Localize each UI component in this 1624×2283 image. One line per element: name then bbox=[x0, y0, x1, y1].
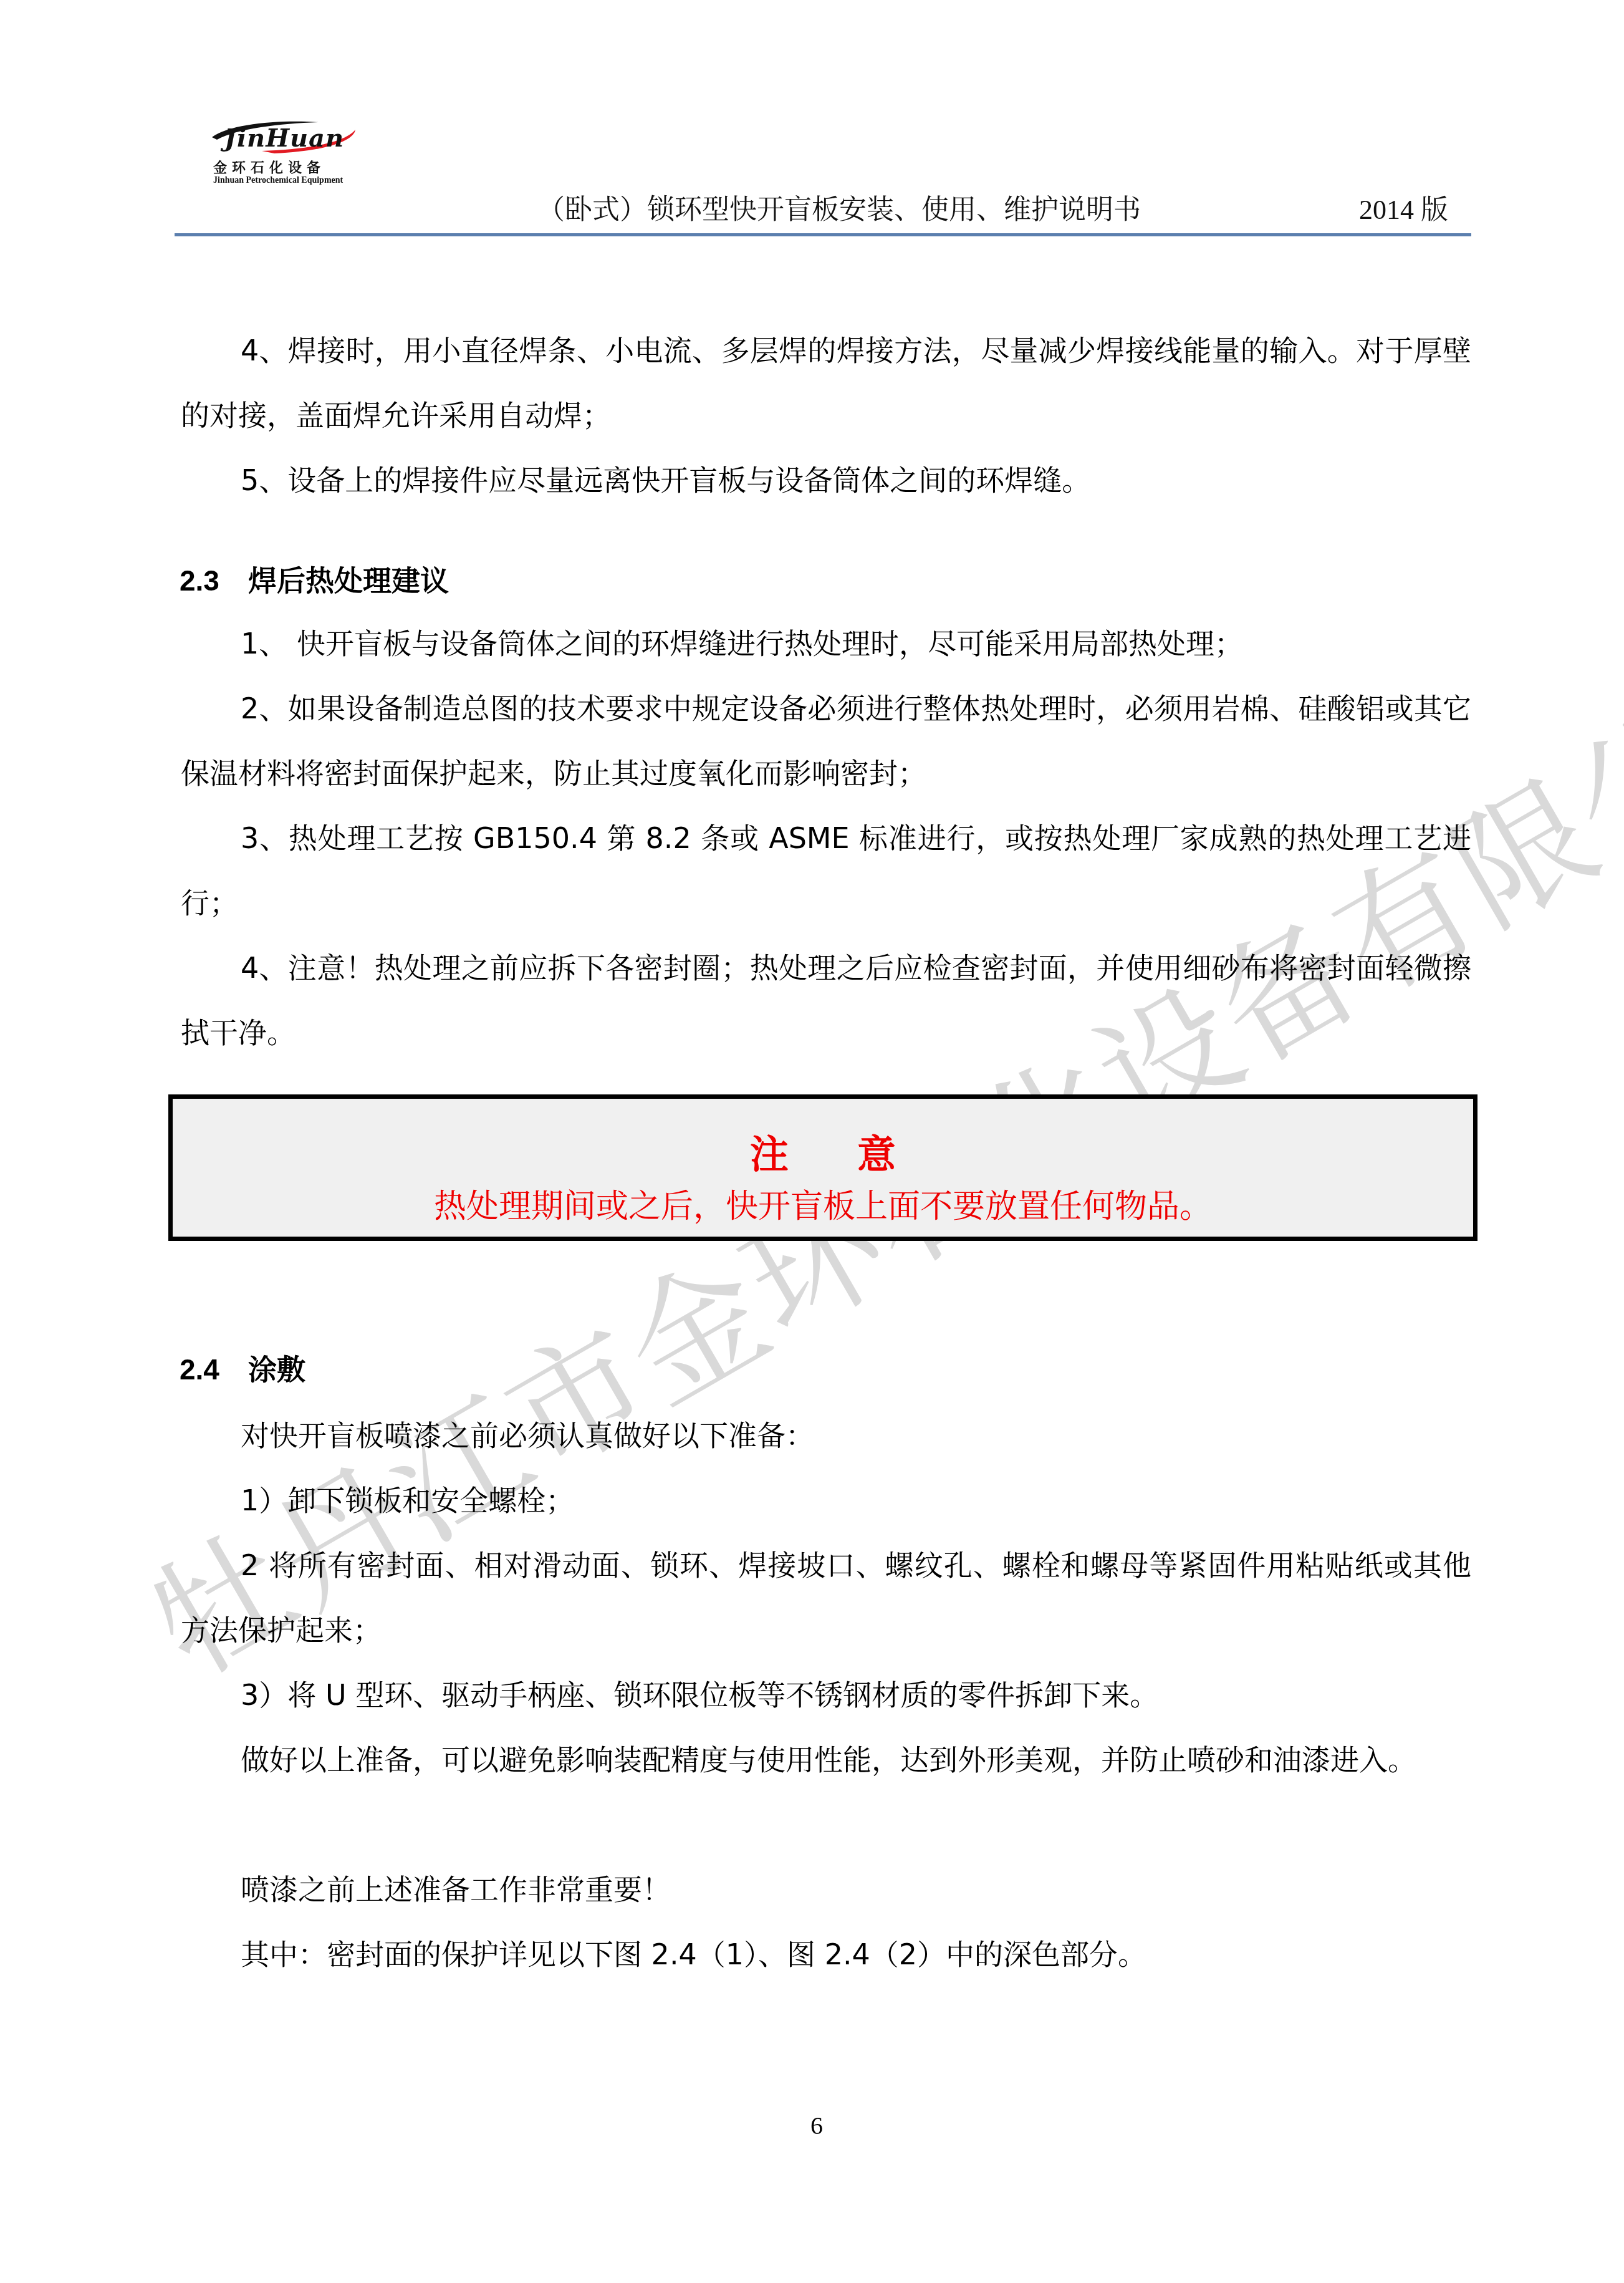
section-intro: 对快开盲板喷漆之前必须认真做好以下准备： bbox=[181, 1403, 1471, 1468]
importance-note: 喷漆之前上述准备工作非常重要！ bbox=[181, 1857, 1471, 1922]
section-number: 2.3 bbox=[180, 564, 248, 597]
list-item: 1）卸下锁板和安全螺栓； bbox=[181, 1468, 1471, 1533]
list-item: 5、设备上的焊接件应尽量远离快开盲板与设备筒体之间的环焊缝。 bbox=[181, 448, 1471, 513]
header-divider bbox=[175, 233, 1471, 236]
page-number: 6 bbox=[810, 2111, 823, 2140]
list-item: 3、热处理工艺按 GB150.4 第 8.2 条或 ASME 标准进行，或按热处… bbox=[181, 806, 1471, 935]
notice-box: 注意 热处理期间或之后，快开盲板上面不要放置任何物品。 bbox=[168, 1094, 1477, 1241]
logo-chinese-name: 金环石化设备 bbox=[213, 157, 325, 176]
list-item: 2、如果设备制造总图的技术要求中规定设备必须进行整体热处理时，必须用岩棉、硅酸铝… bbox=[181, 676, 1471, 806]
list-item: 4、焊接时，用小直径焊条、小电流、多层焊的焊接方法，尽量减少焊接线能量的输入。对… bbox=[181, 318, 1471, 448]
document-edition: 2014 版 bbox=[1359, 187, 1448, 227]
section-heading-2-3: 2.3焊后热处理建议 bbox=[180, 558, 449, 599]
section-number: 2.4 bbox=[180, 1353, 248, 1386]
section-title: 焊后热处理建议 bbox=[248, 564, 449, 597]
company-logo: JinHuan 金环石化设备 Jinhuan Petrochemical Equ… bbox=[206, 118, 362, 193]
summary-paragraph: 做好以上准备，可以避免影响装配精度与使用性能，达到外形美观，并防止喷砂和油漆进入… bbox=[181, 1727, 1471, 1792]
notice-title: 注意 bbox=[173, 1124, 1473, 1179]
figure-reference: 其中：密封面的保护详见以下图 2.4（1）、图 2.4（2）中的深色部分。 bbox=[181, 1922, 1471, 1987]
logo-script-text: JinHuan bbox=[224, 123, 344, 153]
notice-text: 热处理期间或之后，快开盲板上面不要放置任何物品。 bbox=[173, 1180, 1473, 1227]
section-title: 涂敷 bbox=[248, 1353, 305, 1386]
list-item: 4、注意！热处理之前应拆下各密封圈；热处理之后应检查密封面，并使用细砂布将密封面… bbox=[181, 935, 1471, 1065]
section-heading-2-4: 2.4涂敷 bbox=[180, 1347, 305, 1388]
list-item: 1、 快开盲板与设备筒体之间的环焊缝进行热处理时，尽可能采用局部热处理； bbox=[181, 611, 1471, 676]
list-item: 2 将所有密封面、相对滑动面、锁环、焊接坡口、螺纹孔、螺栓和螺母等紧固件用粘贴纸… bbox=[181, 1533, 1471, 1663]
document-title: （卧式）锁环型快开盲板安装、使用、维护说明书 bbox=[537, 187, 1141, 227]
list-item: 3）将 U 型环、驱动手柄座、锁环限位板等不锈钢材质的零件拆卸下来。 bbox=[181, 1663, 1471, 1727]
logo-english-name: Jinhuan Petrochemical Equipment bbox=[213, 176, 343, 186]
document-page: 牡丹江市金环石化设备有限公司 JinHuan 金环石化设备 Jinhuan Pe… bbox=[0, 0, 1624, 2283]
